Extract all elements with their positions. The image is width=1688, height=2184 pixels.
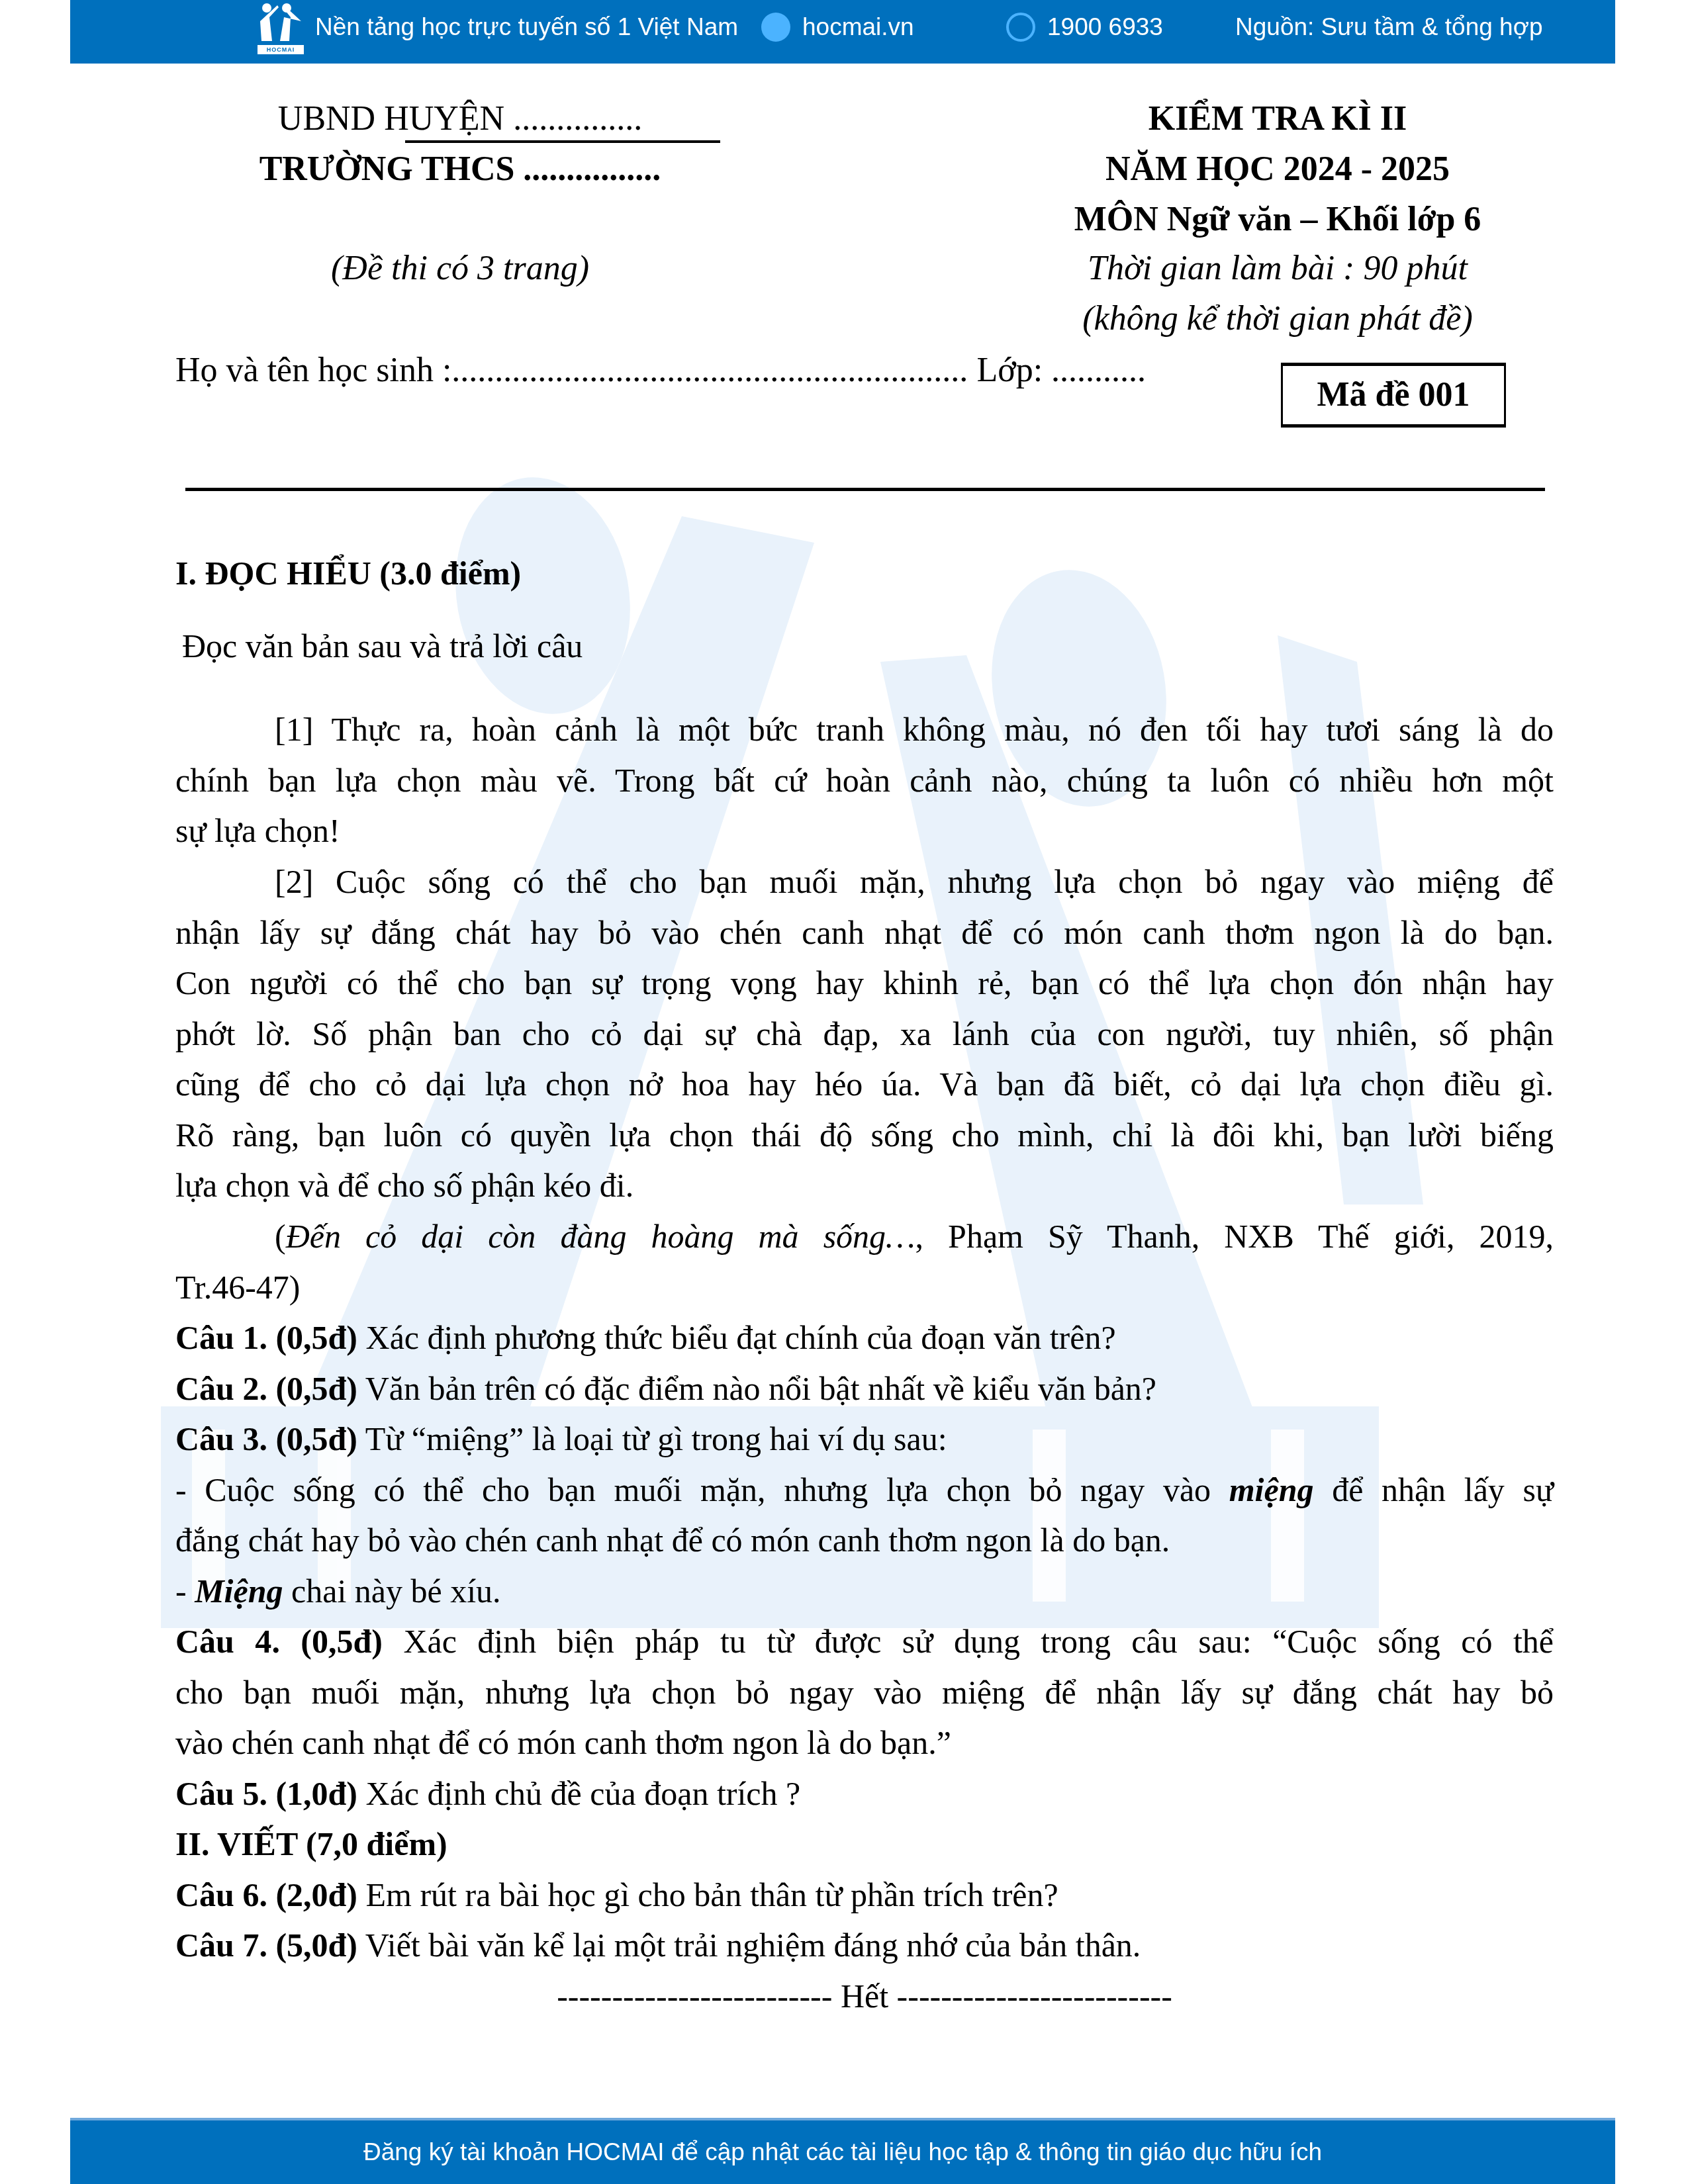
question-2: Câu 2. (0,5đ) Văn bản trên có đặc điểm n… (175, 1363, 1554, 1414)
passage-line: chính bạn lựa chọn màu vẽ. Trong bất cứ … (175, 755, 1554, 806)
question-4-cont: vào chén canh nhạt để có món canh thơm n… (175, 1717, 1554, 1768)
class-field[interactable]: Lớp: ........... (976, 351, 1146, 389)
school-year: NĂM HỌC 2024 - 2025 (1006, 150, 1549, 189)
passage-line: cũng để cho cỏ dại lựa chọn nở hoa hay h… (175, 1059, 1554, 1110)
question-1: Câu 1. (0,5đ) Xác định phương thức biểu … (175, 1312, 1554, 1363)
header-underline (405, 140, 720, 143)
question-4: Câu 4. (0,5đ) Xác định biện pháp tu từ đ… (175, 1616, 1554, 1667)
subject-grade: MÔN Ngữ văn – Khối lớp 6 (1006, 200, 1549, 239)
passage-line: sự lựa chọn! (175, 805, 1554, 856)
end-marker: ------------------------- Hết ----------… (175, 1971, 1554, 2022)
citation-pages: Tr.46-47) (175, 1262, 1554, 1313)
q3-example-1: - Cuộc sống có thể cho bạn muối mặn, như… (175, 1465, 1554, 1516)
exam-title: KIỂM TRA KÌ II (1006, 99, 1549, 138)
citation-line: (Đến cỏ dại còn đàng hoàng mà sống…, Phạ… (175, 1211, 1554, 1262)
instruction-text: Đọc văn bản sau và trả lời câu (182, 621, 1554, 672)
section-1: I. ĐỌC HIỂU (3.0 điểm) (175, 548, 1554, 599)
q3-example-2: - Miệng chai này bé xíu. (175, 1566, 1554, 1617)
question-3: Câu 3. (0,5đ) Từ “miệng” là loại từ gì t… (175, 1414, 1554, 1465)
student-info-line: Họ và tên học sinh :....................… (175, 351, 1146, 390)
question-4-cont: cho bạn muối mặn, nhưng lựa chọn bỏ ngay… (175, 1667, 1554, 1718)
exam-page: UBND HUYỆN ............... TRƯỜNG THCS .… (0, 0, 1688, 2184)
passage-line: lựa chọn và để cho số phận kéo đi. (175, 1160, 1554, 1211)
pages-note: (Đề thi có 3 trang) (199, 249, 722, 288)
duration-note: (không kể thời gian phát đề) (1006, 299, 1549, 338)
passage-line: Con người có thể cho bạn sự trọng vọng h… (175, 958, 1554, 1009)
passage-paragraph-1: [1] Thực ra, hoàn cảnh là một bức tranh … (175, 704, 1554, 856)
q3-example-1-cont: đắng chát hay bỏ vào chén canh nhạt để c… (175, 1515, 1554, 1566)
passage-line: [2] Cuộc sống có thể cho bạn muối mặn, n… (175, 856, 1554, 907)
book-title: Đến cỏ dại còn đàng hoàng mà sống… (286, 1218, 915, 1255)
header-divider (185, 488, 1545, 491)
student-name-field[interactable]: Họ và tên học sinh :....................… (175, 351, 968, 389)
question-7: Câu 7. (5,0đ) Viết bài văn kể lại một tr… (175, 1920, 1554, 1971)
passage-line: nhận lấy sự đắng chát hay bỏ vào chén ca… (175, 907, 1554, 958)
instruction: Đọc văn bản sau và trả lời câu (175, 621, 1554, 672)
passage-line: Rõ ràng, bạn luôn có quyền lựa chọn thái… (175, 1110, 1554, 1161)
citation: (Đến cỏ dại còn đàng hoàng mà sống…, Phạ… (175, 1211, 1554, 1312)
questions-block: Câu 1. (0,5đ) Xác định phương thức biểu … (175, 1312, 1554, 2021)
section-1-title: I. ĐỌC HIỂU (3.0 điểm) (175, 548, 1554, 599)
passage-line: [1] Thực ra, hoàn cảnh là một bức tranh … (175, 704, 1554, 755)
question-5: Câu 5. (1,0đ) Xác định chủ đề của đoạn t… (175, 1768, 1554, 1819)
question-6: Câu 6. (2,0đ) Em rút ra bài học gì cho b… (175, 1870, 1554, 1921)
exam-duration: Thời gian làm bài : 90 phút (1006, 249, 1549, 288)
exam-code-box: Mã đề 001 (1281, 363, 1506, 428)
section-2-title: II. VIẾT (7,0 điểm) (175, 1819, 1554, 1870)
district-label: UBND HUYỆN ............... (199, 99, 722, 138)
school-label: TRƯỜNG THCS ................ (199, 150, 722, 189)
passage-line: phớt lờ. Số phận ban cho cỏ dại sự chà đ… (175, 1009, 1554, 1060)
passage-paragraph-2: [2] Cuộc sống có thể cho bạn muối mặn, n… (175, 856, 1554, 1211)
